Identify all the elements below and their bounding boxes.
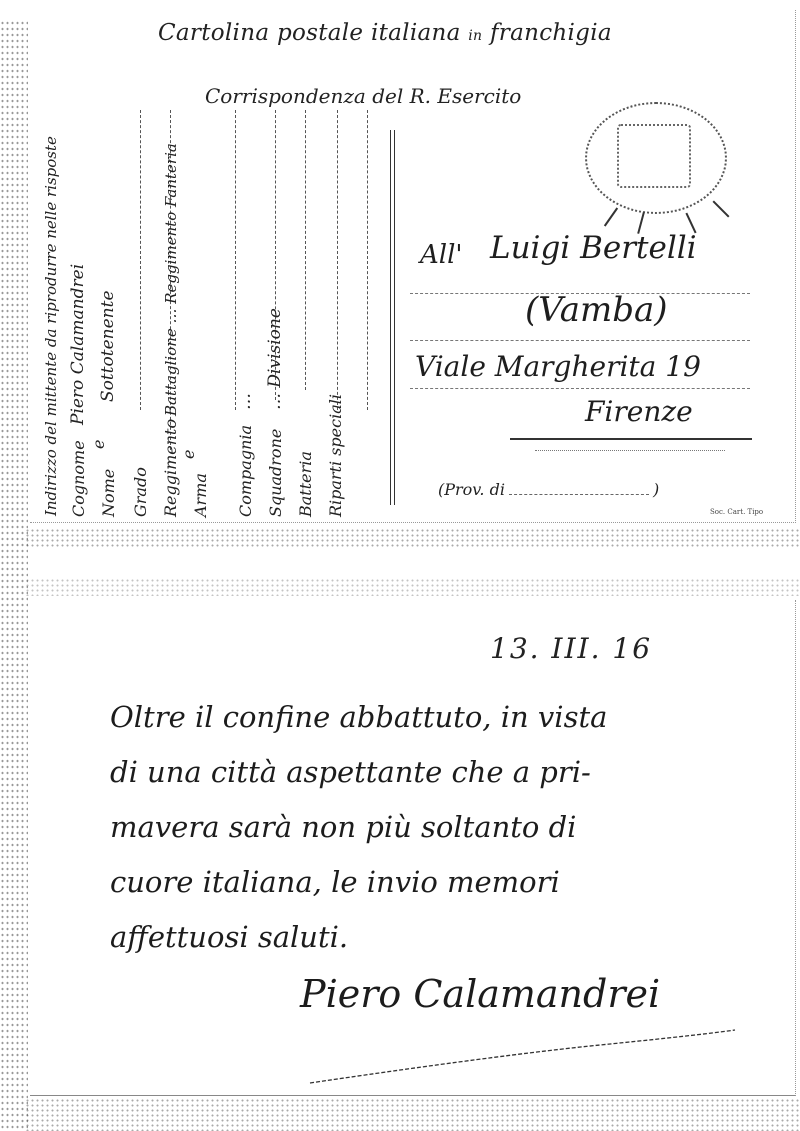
address-divider [394, 130, 395, 505]
city-underline [510, 438, 752, 440]
signature-flourish [300, 1025, 740, 1085]
letter-line: di una città aspettante che a pri- [110, 745, 750, 800]
letter-body: Oltre il confine abbattuto, in vista di … [110, 690, 750, 965]
recipient-alias: (Vamba) [525, 290, 668, 330]
postmark-ray [713, 201, 730, 218]
field-value-squadron: … Divisione [265, 308, 285, 410]
field-rule [140, 110, 141, 410]
scan-noise-left-edge [0, 20, 28, 1130]
letter-line: Oltre il confine abbattuto, in vista [110, 690, 750, 745]
field-value-name: Piero Calamandrei [68, 264, 88, 425]
field-label-e: e [89, 440, 108, 449]
field-rule [235, 110, 236, 410]
field-rule [305, 110, 306, 390]
postmark-stamp [585, 102, 727, 214]
recipient-salutation: All' [420, 240, 463, 270]
letter-line: affettuosi saluti. [110, 910, 750, 965]
letter-line: mavera sarà non più soltanto di [110, 800, 750, 855]
scan-noise-band [25, 578, 800, 596]
field-rule [337, 110, 338, 410]
field-value-grade-alt: Sottotenente [98, 290, 118, 402]
recipient-street: Viale Margherita 19 [415, 350, 701, 383]
postmark-ray [604, 207, 618, 226]
letter-line: cuore italiana, le invio memori [110, 855, 750, 910]
address-divider [390, 130, 391, 505]
scan-noise-band [25, 1098, 800, 1131]
signature: Piero Calamandrei [300, 972, 660, 1016]
field-label-grado: Grado [131, 467, 150, 517]
field-label-e2: e [179, 450, 198, 459]
field-label-cognome: Cognome [69, 440, 88, 517]
recipient-name: Luigi Bertelli [490, 230, 697, 266]
field-value-company: … [235, 393, 255, 410]
field-label-squadrone: Squadrone [266, 429, 285, 517]
field-label-arma: Arma [191, 473, 210, 517]
city-underline-2 [535, 450, 725, 451]
postcard-header-subtitle: Corrispondenza del R. Esercito [205, 84, 521, 108]
recipient-city: Firenze [585, 395, 693, 428]
address-line [410, 388, 750, 389]
sender-caption: Indirizzo del mittente da riprodurre nel… [42, 136, 60, 516]
postcard-front: Cartolina postale italiana in franchigia… [30, 10, 796, 523]
field-label-compagnia: Compagnia [236, 425, 255, 517]
address-line [410, 340, 750, 341]
field-label-nome: Nome [99, 469, 118, 517]
field-label-batteria: Batteria [296, 451, 315, 517]
field-rule [367, 110, 368, 410]
postcard-header-title: Cartolina postale italiana in franchigia [158, 20, 612, 46]
field-label-reggimento: Reggimento [161, 419, 180, 517]
scan-noise-band [25, 528, 800, 548]
printer-mark: Soc. Cart. Tipo [710, 508, 763, 516]
letter-date: 13. III. 16 [490, 632, 652, 665]
field-value-regiment: Battaglione … Reggimento Fanteria [162, 143, 180, 416]
province-field: (Prov. di) [438, 480, 659, 499]
field-label-riparti: Riparti speciali [326, 394, 345, 517]
